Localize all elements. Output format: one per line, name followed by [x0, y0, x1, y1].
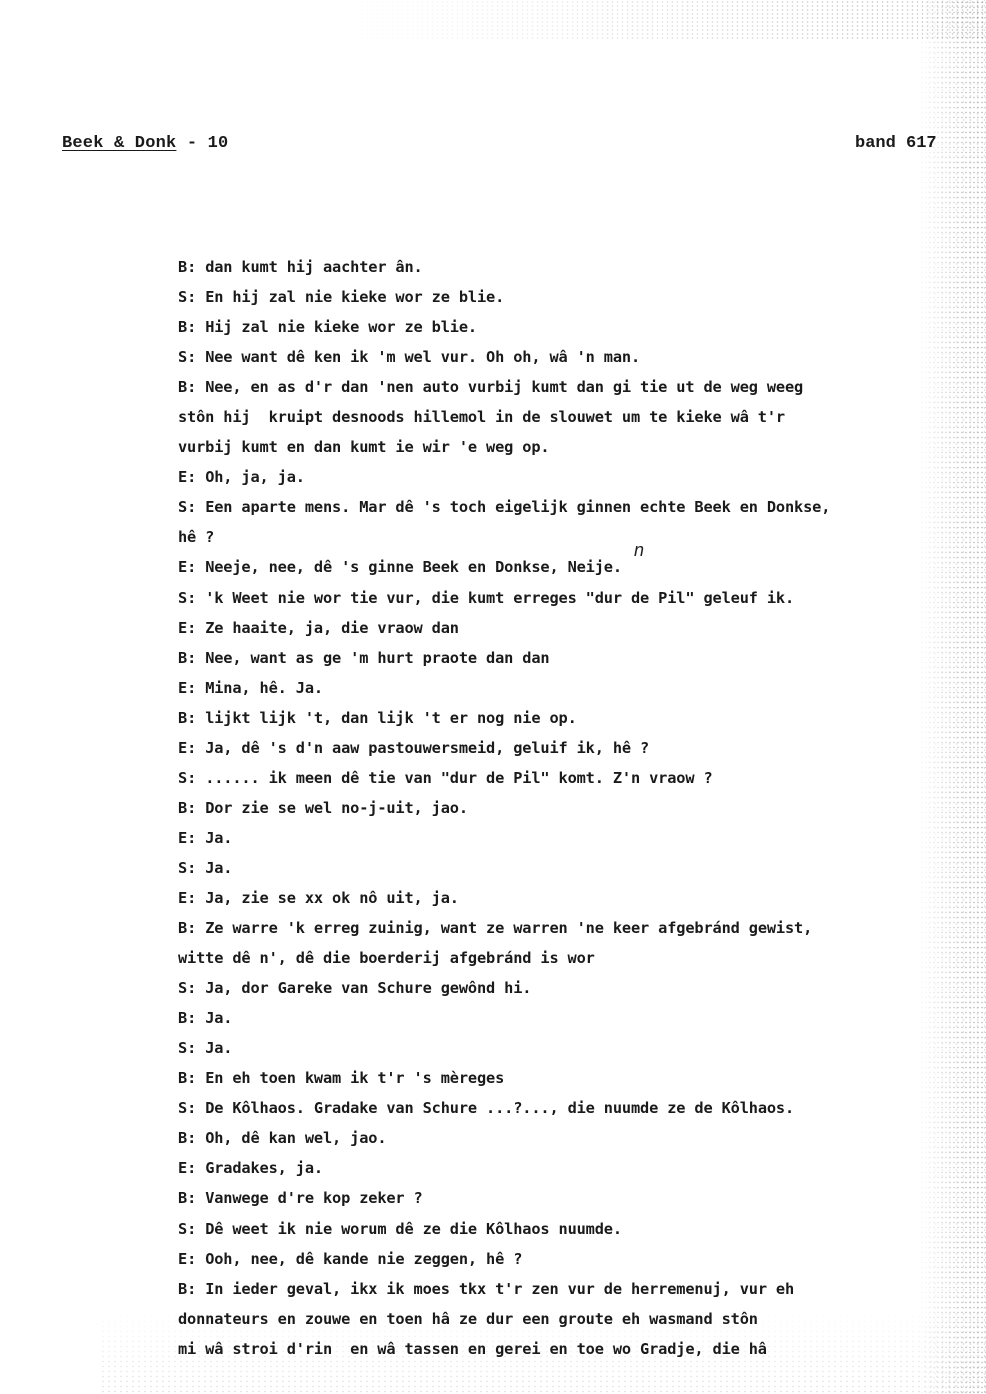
- transcript-line: B: Nee, want as ge 'm hurt praote dan da…: [178, 643, 958, 673]
- utterance-text: Ja.: [205, 1009, 232, 1027]
- utterance-text: Mina, hê. Ja.: [205, 679, 323, 697]
- transcript-line: E: Neeje, nee, dê 's ginne Beek en Donks…: [178, 552, 958, 582]
- transcript-line: E: Mina, hê. Ja.: [178, 673, 958, 703]
- utterance-text: In ieder geval, ikx ik moes tkx t'r zen …: [205, 1280, 794, 1298]
- transcript-line: S: Ja, dor Gareke van Schure gewônd hi.: [178, 973, 958, 1003]
- utterance-text: Dê weet ik nie worum dê ze die Kôlhaos n…: [205, 1220, 622, 1238]
- transcript-line: stôn hij kruipt desnoods hillemol in de …: [178, 402, 958, 432]
- transcript-line: B: Hij zal nie kieke wor ze blie.: [178, 312, 958, 342]
- utterance-text: stôn hij kruipt desnoods hillemol in de …: [178, 408, 785, 426]
- speaker-separator: :: [187, 649, 205, 667]
- utterance-text: Ze warre 'k erreg zuinig, want ze warren…: [205, 919, 812, 937]
- utterance-text: Nee, want as ge 'm hurt praote dan dan: [205, 649, 549, 667]
- transcript-line: S: En hij zal nie kieke wor ze blie.: [178, 282, 958, 312]
- speaker-separator: :: [187, 1250, 205, 1268]
- speaker-separator: :: [187, 1220, 205, 1238]
- speaker-separator: :: [187, 1039, 205, 1057]
- utterance-text: 'k Weet nie wor tie vur, die kumt errege…: [205, 589, 794, 607]
- utterance-text: witte dê n', dê die boerderij afgebránd …: [178, 949, 595, 967]
- utterance-text: Neeje, nee, dê 's ginne Beek en Donkse, …: [205, 558, 622, 576]
- speaker-label: B: [178, 1189, 187, 1207]
- speaker-label: E: [178, 558, 187, 576]
- speaker-separator: :: [187, 288, 205, 306]
- utterance-text: Een aparte mens. Mar dê 's toch eigelijk…: [205, 498, 830, 516]
- utterance-text: Dor zie se wel no-j-uit, jao.: [205, 799, 468, 817]
- transcript-line: E: Ze haaite, ja, die vraow dan: [178, 613, 958, 643]
- utterance-text: Gradakes, ja.: [205, 1159, 323, 1177]
- scan-noise-top: [330, 0, 986, 40]
- speaker-separator: :: [187, 1280, 205, 1298]
- transcript-line: B: Ja.: [178, 1003, 958, 1033]
- speaker-separator: :: [187, 619, 205, 637]
- transcript-line: S: 'k Weet nie wor tie vur, die kumt err…: [178, 583, 958, 613]
- speaker-label: B: [178, 1009, 187, 1027]
- speaker-label: S: [178, 348, 187, 366]
- transcript-line: E: Ja, zie se xx ok nô uit, ja.: [178, 883, 958, 913]
- speaker-label: B: [178, 318, 187, 336]
- speaker-separator: :: [187, 919, 205, 937]
- transcript-line: B: In ieder geval, ikx ik moes tkx t'r z…: [178, 1274, 958, 1304]
- speaker-separator: :: [187, 1129, 205, 1147]
- utterance-text: En eh toen kwam ik t'r 's mèreges: [205, 1069, 504, 1087]
- scanned-page: Beek & Donk - 10 band 617 n B: dan kumt …: [0, 0, 986, 1394]
- speaker-label: S: [178, 589, 187, 607]
- speaker-separator: :: [187, 1069, 205, 1087]
- speaker-label: E: [178, 468, 187, 486]
- speaker-separator: :: [187, 979, 205, 997]
- speaker-separator: :: [187, 1189, 205, 1207]
- speaker-label: B: [178, 919, 187, 937]
- utterance-text: lijkt lijk 't, dan lijk 't er nog nie op…: [205, 709, 576, 727]
- utterance-text: Ooh, nee, dê kande nie zeggen, hê ?: [205, 1250, 522, 1268]
- utterance-text: Ja.: [205, 1039, 232, 1057]
- page-header-left: Beek & Donk - 10: [62, 134, 228, 153]
- transcript-line: E: Ja, dê 's d'n aaw pastouwersmeid, gel…: [178, 733, 958, 763]
- speaker-label: B: [178, 1069, 187, 1087]
- transcript-line: hê ?: [178, 522, 958, 552]
- transcript-line: S: Een aparte mens. Mar dê 's toch eigel…: [178, 492, 958, 522]
- speaker-label: E: [178, 1250, 187, 1268]
- speaker-label: B: [178, 709, 187, 727]
- speaker-label: B: [178, 1280, 187, 1298]
- speaker-separator: :: [187, 769, 205, 787]
- transcript-line: E: Oh, ja, ja.: [178, 462, 958, 492]
- utterance-text: vurbij kumt en dan kumt ie wir 'e weg op…: [178, 438, 549, 456]
- speaker-separator: :: [187, 799, 205, 817]
- utterance-text: dan kumt hij aachter ân.: [205, 258, 422, 276]
- utterance-text: Nee, en as d'r dan 'nen auto vurbij kumt…: [205, 378, 803, 396]
- transcript-line: S: Nee want dê ken ik 'm wel vur. Oh oh,…: [178, 342, 958, 372]
- speaker-label: S: [178, 1220, 187, 1238]
- utterance-text: Ja, dê 's d'n aaw pastouwersmeid, geluif…: [205, 739, 649, 757]
- speaker-label: E: [178, 829, 187, 847]
- speaker-label: S: [178, 1039, 187, 1057]
- utterance-text: mi wâ stroi d'rin en wâ tassen en gerei …: [178, 1340, 767, 1358]
- transcript-line: E: Ja.: [178, 823, 958, 853]
- utterance-text: En hij zal nie kieke wor ze blie.: [205, 288, 504, 306]
- transcript-line: B: lijkt lijk 't, dan lijk 't er nog nie…: [178, 703, 958, 733]
- transcript-line: E: Gradakes, ja.: [178, 1153, 958, 1183]
- transcript-line: S: ...... ik meen dê tie van "dur de Pil…: [178, 763, 958, 793]
- speaker-label: S: [178, 769, 187, 787]
- utterance-text: Ja, dor Gareke van Schure gewônd hi.: [205, 979, 531, 997]
- transcript-line: B: Vanwege d're kop zeker ?: [178, 1183, 958, 1213]
- transcript-line: witte dê n', dê die boerderij afgebránd …: [178, 943, 958, 973]
- speaker-separator: :: [187, 468, 205, 486]
- speaker-separator: :: [187, 829, 205, 847]
- speaker-label: B: [178, 258, 187, 276]
- transcript-line: S: Dê weet ik nie worum dê ze die Kôlhao…: [178, 1214, 958, 1244]
- speaker-separator: :: [187, 1099, 205, 1117]
- speaker-separator: :: [187, 318, 205, 336]
- transcript-line: B: Dor zie se wel no-j-uit, jao.: [178, 793, 958, 823]
- tape-number: band 617: [855, 134, 937, 153]
- transcript-line: B: Ze warre 'k erreg zuinig, want ze war…: [178, 913, 958, 943]
- transcript-line: vurbij kumt en dan kumt ie wir 'e weg op…: [178, 432, 958, 462]
- utterance-text: Oh, dê kan wel, jao.: [205, 1129, 386, 1147]
- speaker-label: S: [178, 979, 187, 997]
- speaker-separator: :: [187, 739, 205, 757]
- speaker-label: E: [178, 679, 187, 697]
- speaker-label: E: [178, 739, 187, 757]
- speaker-separator: :: [187, 859, 205, 877]
- transcript-line: S: Ja.: [178, 1033, 958, 1063]
- transcript-line: B: Oh, dê kan wel, jao.: [178, 1123, 958, 1153]
- utterance-text: Ja.: [205, 829, 232, 847]
- speaker-label: E: [178, 1159, 187, 1177]
- transcript-line: S: De Kôlhaos. Gradake van Schure ...?..…: [178, 1093, 958, 1123]
- speaker-label: S: [178, 288, 187, 306]
- utterance-text: Ja, zie se xx ok nô uit, ja.: [205, 889, 459, 907]
- transcript-line: donnateurs en zouwe en toen hâ ze dur ee…: [178, 1304, 958, 1334]
- document-title: Beek & Donk: [62, 134, 176, 153]
- utterance-text: Oh, ja, ja.: [205, 468, 305, 486]
- speaker-separator: :: [187, 498, 205, 516]
- speaker-label: E: [178, 889, 187, 907]
- utterance-text: Ze haaite, ja, die vraow dan: [205, 619, 459, 637]
- speaker-label: B: [178, 1129, 187, 1147]
- transcript-body: B: dan kumt hij aachter ân.S: En hij zal…: [178, 252, 958, 1364]
- speaker-separator: :: [187, 889, 205, 907]
- utterance-text: ...... ik meen dê tie van "dur de Pil" k…: [205, 769, 712, 787]
- speaker-label: E: [178, 619, 187, 637]
- transcript-line: B: Nee, en as d'r dan 'nen auto vurbij k…: [178, 372, 958, 402]
- speaker-label: B: [178, 378, 187, 396]
- speaker-label: B: [178, 799, 187, 817]
- utterance-text: hê ?: [178, 528, 214, 546]
- transcript-line: S: Ja.: [178, 853, 958, 883]
- speaker-separator: :: [187, 709, 205, 727]
- page-number: - 10: [187, 134, 229, 153]
- speaker-label: S: [178, 498, 187, 516]
- speaker-label: S: [178, 1099, 187, 1117]
- speaker-label: S: [178, 859, 187, 877]
- speaker-separator: :: [187, 679, 205, 697]
- speaker-separator: :: [187, 378, 205, 396]
- utterance-text: Vanwege d're kop zeker ?: [205, 1189, 422, 1207]
- speaker-label: B: [178, 649, 187, 667]
- speaker-separator: :: [187, 1009, 205, 1027]
- transcript-line: B: dan kumt hij aachter ân.: [178, 252, 958, 282]
- speaker-separator: :: [187, 348, 205, 366]
- speaker-separator: :: [187, 558, 205, 576]
- utterance-text: donnateurs en zouwe en toen hâ ze dur ee…: [178, 1310, 758, 1328]
- utterance-text: Nee want dê ken ik 'm wel vur. Oh oh, wâ…: [205, 348, 640, 366]
- transcript-line: B: En eh toen kwam ik t'r 's mèreges: [178, 1063, 958, 1093]
- utterance-text: Hij zal nie kieke wor ze blie.: [205, 318, 477, 336]
- utterance-text: Ja.: [205, 859, 232, 877]
- speaker-separator: :: [187, 589, 205, 607]
- utterance-text: De Kôlhaos. Gradake van Schure ...?..., …: [205, 1099, 794, 1117]
- speaker-separator: :: [187, 258, 205, 276]
- transcript-line: E: Ooh, nee, dê kande nie zeggen, hê ?: [178, 1244, 958, 1274]
- speaker-separator: :: [187, 1159, 205, 1177]
- transcript-line: mi wâ stroi d'rin en wâ tassen en gerei …: [178, 1334, 958, 1364]
